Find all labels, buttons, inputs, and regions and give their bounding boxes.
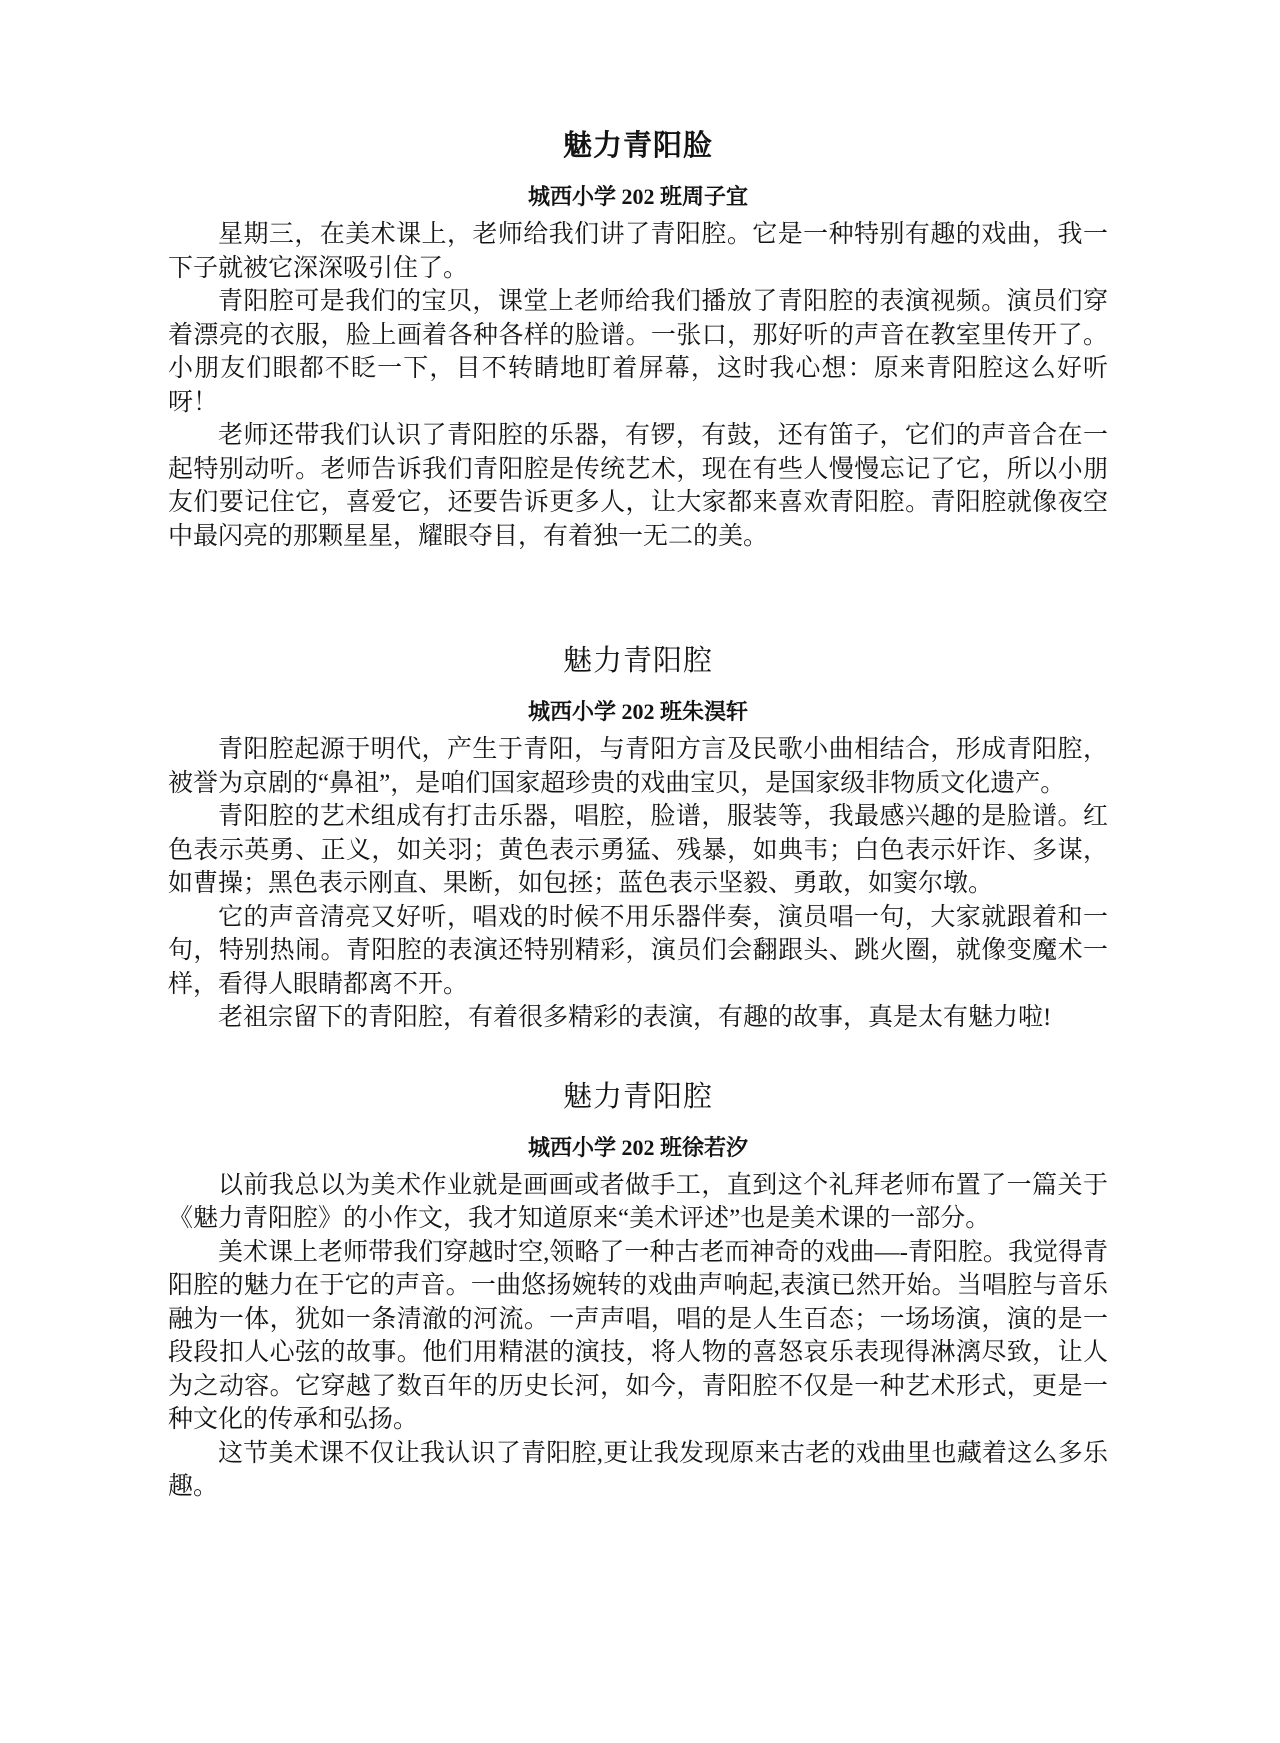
essay-2-author: 城西小学 202 班朱淏轩	[168, 697, 1108, 727]
essay-3-author: 城西小学 202 班徐若汐	[168, 1133, 1108, 1163]
essay-1-paragraph: 星期三，在美术课上，老师给我们讲了青阳腔。它是一种特别有趣的戏曲，我一下子就被它…	[168, 218, 1108, 285]
essay-3-paragraph: 美术课上老师带我们穿越时空,领略了一种古老而神奇的戏曲—-青阳腔。我觉得青阳腔的…	[168, 1236, 1108, 1437]
essay-1: 魅力青阳脸 城西小学 202 班周子宜 星期三，在美术课上，老师给我们讲了青阳腔…	[168, 126, 1108, 553]
essay-1-paragraph: 老师还带我们认识了青阳腔的乐器，有锣，有鼓，还有笛子，它们的声音合在一起特别动听…	[168, 419, 1108, 553]
document-page: 魅力青阳脸 城西小学 202 班周子宜 星期三，在美术课上，老师给我们讲了青阳腔…	[0, 0, 1280, 1743]
essay-2-paragraph: 青阳腔起源于明代，产生于青阳，与青阳方言及民歌小曲相结合，形成青阳腔，被誉为京剧…	[168, 733, 1108, 800]
essay-1-paragraph: 青阳腔可是我们的宝贝，课堂上老师给我们播放了青阳腔的表演视频。演员们穿着漂亮的衣…	[168, 285, 1108, 419]
essay-3-title: 魅力青阳腔	[168, 1077, 1108, 1117]
essay-2-paragraph: 老祖宗留下的青阳腔，有着很多精彩的表演，有趣的故事，真是太有魅力啦!	[168, 1001, 1108, 1035]
essay-2-paragraph: 它的声音清亮又好听，唱戏的时候不用乐器伴奏，演员唱一句，大家就跟着和一句，特别热…	[168, 901, 1108, 1002]
essay-3-body: 以前我总以为美术作业就是画画或者做手工，直到这个礼拜老师布置了一篇关于《魅力青阳…	[168, 1169, 1108, 1504]
essay-3: 魅力青阳腔 城西小学 202 班徐若汐 以前我总以为美术作业就是画画或者做手工，…	[168, 1077, 1108, 1504]
essay-2-paragraph: 青阳腔的艺术组成有打击乐器，唱腔，脸谱，服装等，我最感兴趣的是脸谱。红色表示英勇…	[168, 800, 1108, 901]
essay-2: 魅力青阳腔 城西小学 202 班朱淏轩 青阳腔起源于明代，产生于青阳，与青阳方言…	[168, 641, 1108, 1035]
essay-3-paragraph: 这节美术课不仅让我认识了青阳腔,更让我发现原来古老的戏曲里也藏着这么多乐趣。	[168, 1437, 1108, 1504]
essay-2-title: 魅力青阳腔	[168, 641, 1108, 681]
essay-1-title: 魅力青阳脸	[168, 126, 1108, 166]
essay-1-author: 城西小学 202 班周子宜	[168, 182, 1108, 212]
essay-2-body: 青阳腔起源于明代，产生于青阳，与青阳方言及民歌小曲相结合，形成青阳腔，被誉为京剧…	[168, 733, 1108, 1035]
essay-1-body: 星期三，在美术课上，老师给我们讲了青阳腔。它是一种特别有趣的戏曲，我一下子就被它…	[168, 218, 1108, 553]
essay-3-paragraph: 以前我总以为美术作业就是画画或者做手工，直到这个礼拜老师布置了一篇关于《魅力青阳…	[168, 1169, 1108, 1236]
